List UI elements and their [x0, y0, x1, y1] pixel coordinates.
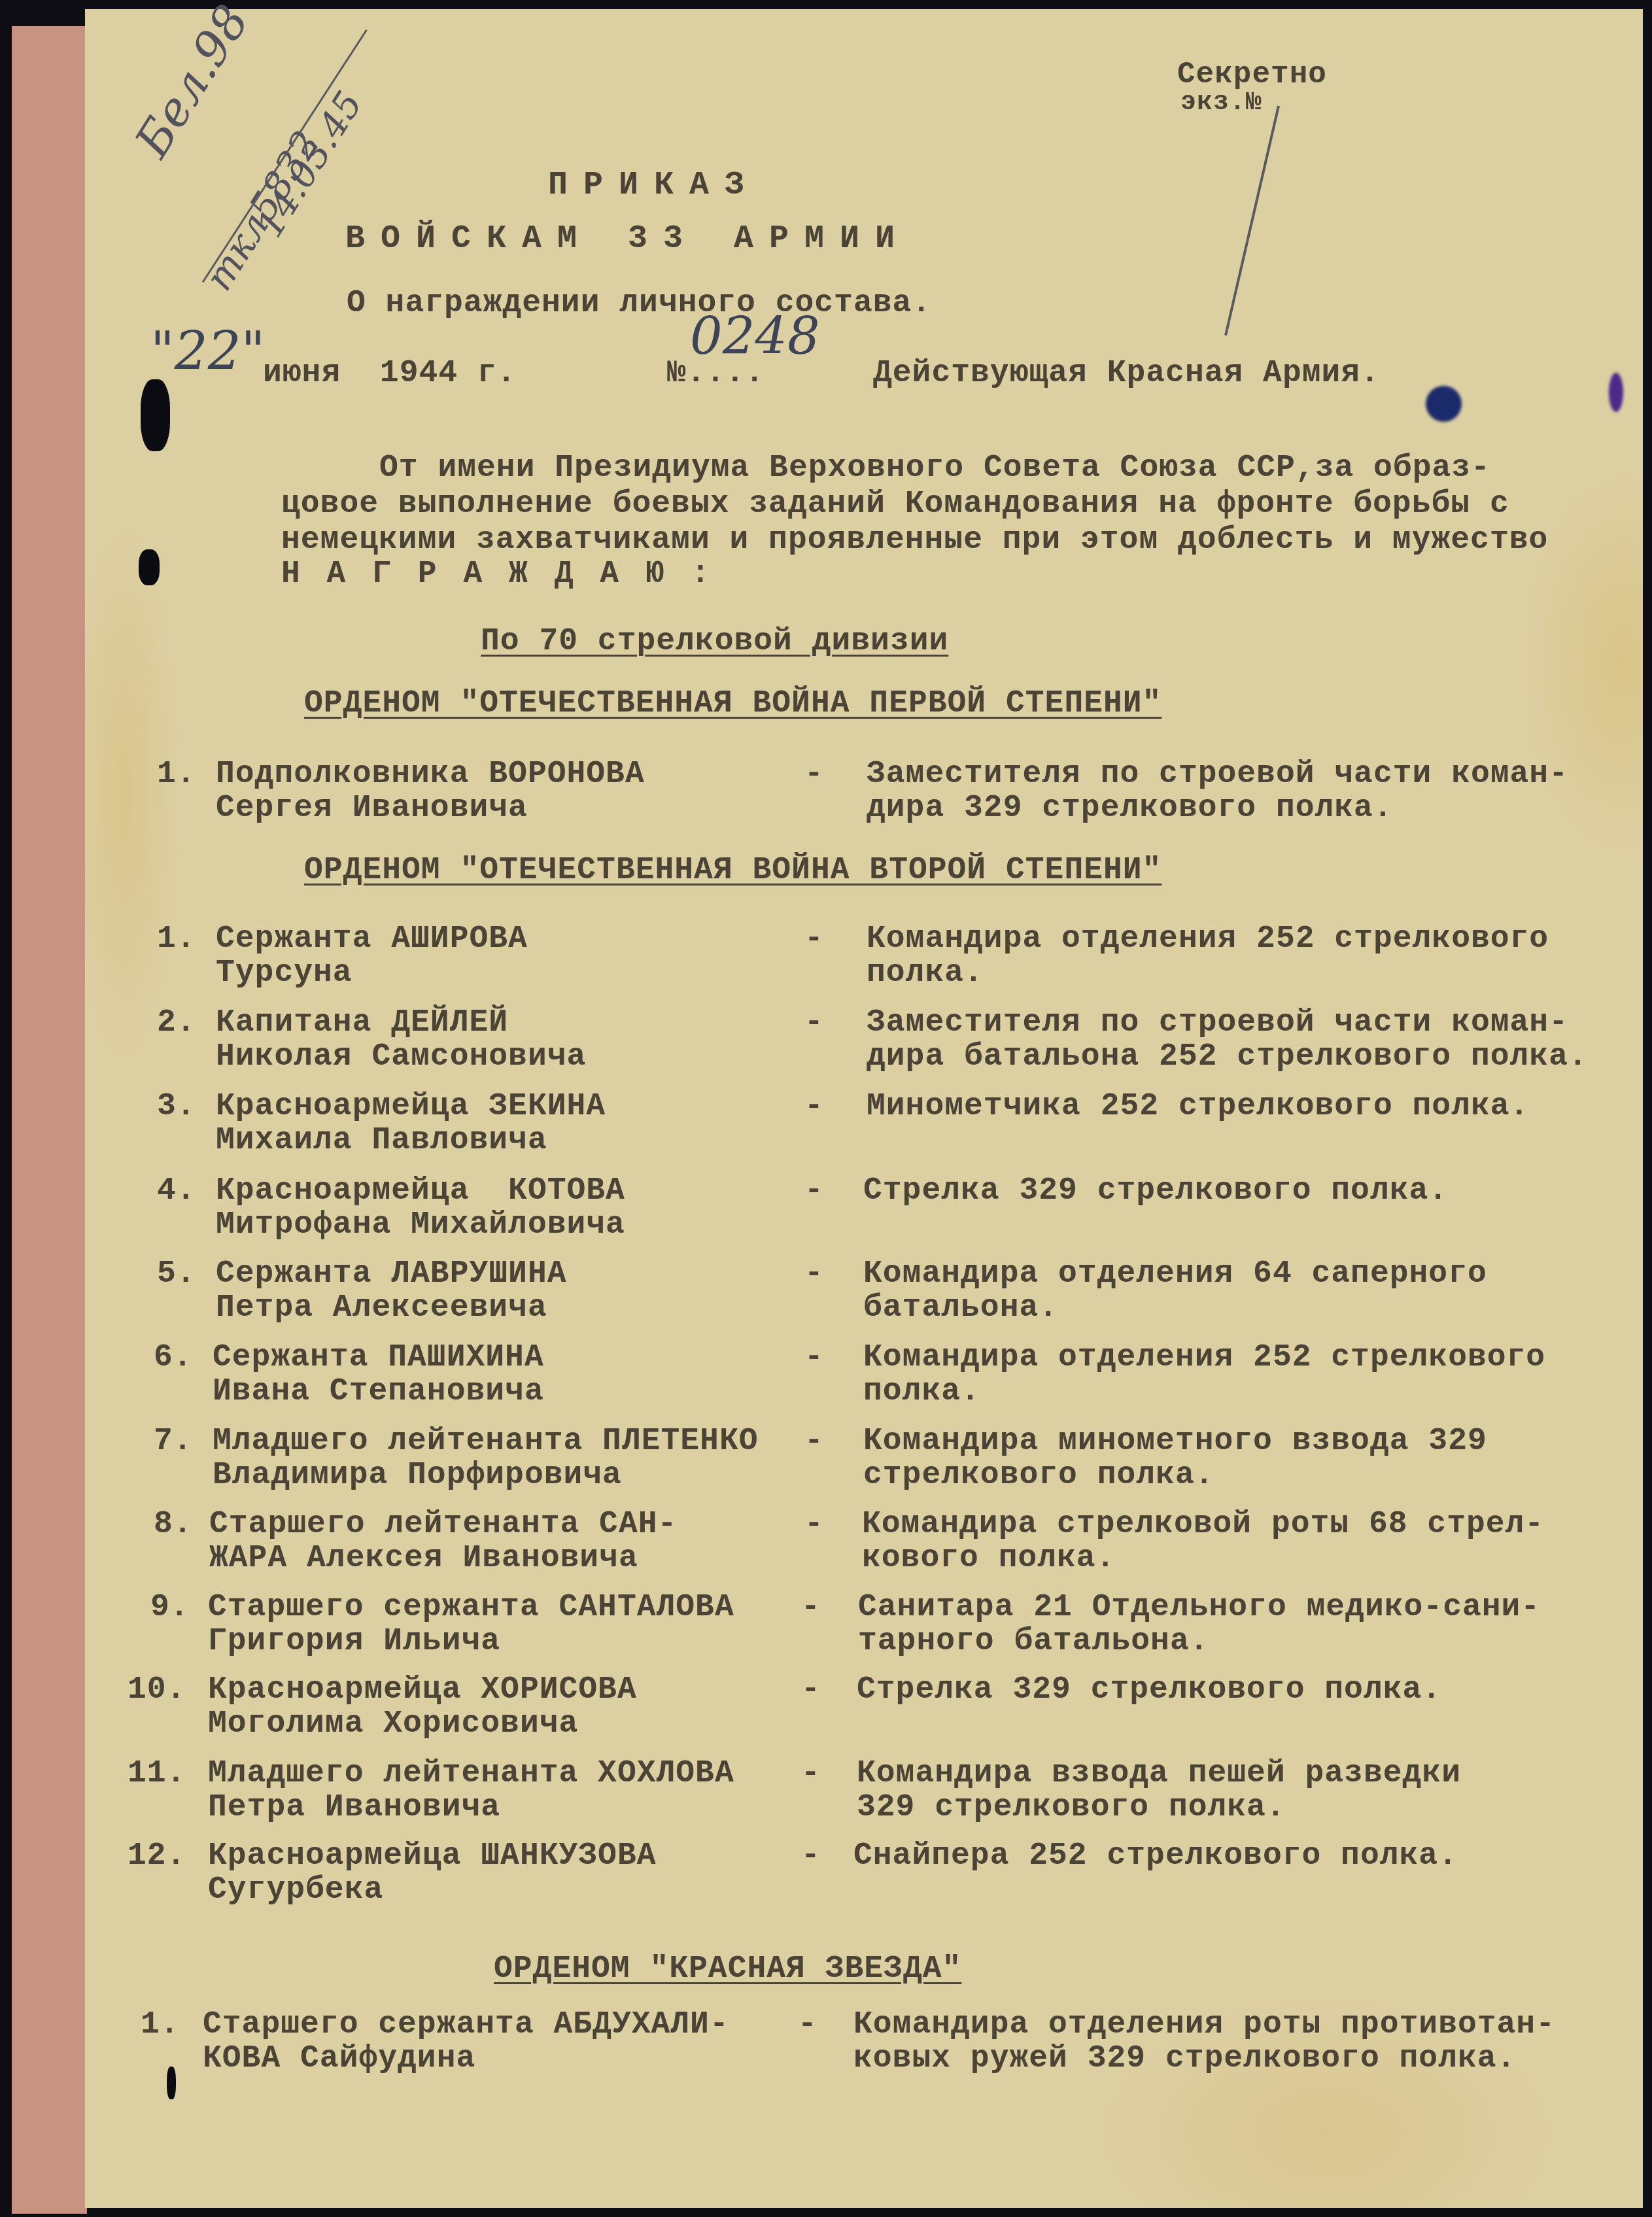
recipient-name: Сержанта ПАШИХИНА: [213, 1341, 544, 1375]
order-heading: ОРДЕНОМ "ОТЕЧЕСТВЕННАЯ ВОЙНА ПЕРВОЙ СТЕП…: [304, 687, 1162, 721]
recipient-position: Командира стрелковой роты 68 стрел-: [862, 1507, 1544, 1541]
item-number: 6.: [154, 1341, 193, 1375]
item-number: 12.: [128, 1839, 186, 1873]
dash: -: [804, 757, 824, 791]
recipient-name: Младшего лейтенанта ПЛЕТЕНКО: [213, 1424, 759, 1458]
ink-stain: [1426, 386, 1462, 422]
binding-hole: [141, 379, 170, 451]
handwritten-date-day: "22": [150, 320, 265, 381]
recipient-name: Младшего лейтенанта ХОХЛОВА: [208, 1757, 734, 1791]
recipient-name: Ивана Степановича: [213, 1375, 544, 1409]
recipient-name: Красноармейца ШАНКУЗОВА: [208, 1839, 657, 1873]
recipient-name: Петра Алексеевича: [216, 1291, 547, 1325]
item-number: 10.: [128, 1673, 186, 1707]
ink-stain: [1609, 373, 1623, 412]
recipient-name: КОВА Сайфудина: [203, 2042, 475, 2076]
binding-hole: [167, 2067, 176, 2099]
recipient-name: ЖАРА Алексея Ивановича: [209, 1541, 638, 1575]
binding-strip: [12, 26, 87, 2214]
preamble-line: немецкими захватчиками и проявленные при…: [281, 523, 1548, 557]
recipient-name: Михаила Павловича: [216, 1124, 547, 1158]
item-number: 1.: [141, 2008, 180, 2042]
recipient-name: Сержанта ЛАВРУШИНА: [216, 1257, 566, 1291]
recipient-name: Капитана ДЕЙЛЕЙ: [216, 1006, 508, 1040]
order-heading: ОРДЕНОМ "КРАСНАЯ ЗВЕЗДА": [494, 1952, 961, 1986]
recipient-position: Командира минометного взвода 329: [863, 1424, 1487, 1458]
document-subtitle: ВОЙСКАМ 33 АРМИИ: [345, 222, 910, 256]
item-number: 1.: [157, 757, 196, 791]
recipient-position: Заместителя по строевой части коман-: [867, 1006, 1568, 1040]
place-of-issue: Действующая Красная Армия.: [873, 356, 1380, 390]
dash: -: [801, 1839, 821, 1873]
recipient-position: Санитара 21 Отдельного медико-сани-: [858, 1590, 1540, 1624]
recipient-position: Стрелка 329 стрелкового полка.: [863, 1174, 1448, 1208]
recipient-position: 329 стрелкового полка.: [857, 1791, 1286, 1825]
dash: -: [804, 1006, 824, 1040]
recipient-name: Петра Ивановича: [208, 1791, 500, 1825]
dash: -: [804, 1341, 824, 1375]
recipient-name: Старшего сержанта АБДУХАЛИ-: [203, 2008, 729, 2042]
recipient-position: Заместителя по строевой части коман-: [867, 757, 1568, 791]
recipient-name: Моголима Хорисовича: [208, 1707, 578, 1741]
handwritten-order-number: 0248: [690, 307, 820, 366]
recipient-name: Митрофана Михайловича: [216, 1208, 625, 1242]
recipient-position: кового полка.: [862, 1541, 1115, 1575]
recipient-position: полка.: [867, 956, 984, 990]
copy-number: экз.№: [1180, 86, 1262, 120]
preamble-line: цовое выполнение боевых заданий Командов…: [281, 487, 1509, 521]
dash: -: [801, 1673, 821, 1707]
recipient-name: Красноармейца КОТОВА: [216, 1174, 625, 1208]
recipient-name: Николая Самсоновича: [216, 1040, 586, 1074]
preamble-line: От имени Президиума Верховного Совета Со…: [379, 451, 1490, 485]
recipient-position: дира батальона 252 стрелкового полка.: [867, 1040, 1588, 1074]
item-number: 7.: [154, 1424, 193, 1458]
recipient-position: Стрелка 329 стрелкового полка.: [857, 1673, 1441, 1707]
dash: -: [801, 1590, 821, 1624]
recipient-name: Сержанта АШИРОВА: [216, 922, 528, 956]
item-number: 8.: [154, 1507, 193, 1541]
recipient-name: Сергея Ивановича: [216, 791, 528, 825]
recipient-position: полка.: [863, 1375, 980, 1409]
item-number: 9.: [150, 1590, 190, 1624]
recipient-name: Подполковника ВОРОНОВА: [216, 757, 645, 791]
division-heading: По 70 стрелковой дивизии: [481, 625, 948, 659]
dash: -: [801, 1757, 821, 1791]
recipient-position: Минометчика 252 стрелкового полка.: [867, 1090, 1529, 1124]
recipient-name: Красноармейца ХОРИСОВА: [208, 1673, 637, 1707]
recipient-position: стрелкового полка.: [863, 1458, 1214, 1492]
dash: -: [804, 1507, 824, 1541]
item-number: 11.: [128, 1757, 186, 1791]
recipient-position: Снайпера 252 стрелкового полка.: [853, 1839, 1458, 1873]
item-number: 4.: [157, 1174, 196, 1208]
dash: -: [804, 1090, 824, 1124]
item-number: 1.: [157, 922, 196, 956]
recipient-position: батальона.: [863, 1291, 1058, 1325]
recipient-position: Командира отделения роты противотан-: [853, 2008, 1555, 2042]
item-number: 5.: [157, 1257, 196, 1291]
document-topic: О награждении личного состава.: [347, 286, 931, 320]
recipient-position: дира 329 стрелкового полка.: [867, 791, 1393, 825]
order-date: июня 1944 г.: [263, 356, 516, 390]
order-heading: ОРДЕНОМ "ОТЕЧЕСТВЕННАЯ ВОЙНА ВТОРОЙ СТЕП…: [304, 853, 1162, 887]
recipient-name: Сугурбека: [208, 1873, 383, 1907]
recipient-position: тарного батальона.: [858, 1624, 1209, 1658]
award-verb: Н А Г Р А Ж Д А Ю :: [281, 557, 714, 591]
dash: -: [804, 922, 824, 956]
recipient-name: Старшего лейтенанта САН-: [209, 1507, 677, 1541]
recipient-position: Командира отделения 252 стрелкового: [867, 922, 1549, 956]
dash: -: [804, 1257, 824, 1291]
item-number: 2.: [157, 1006, 196, 1040]
dash: -: [804, 1174, 824, 1208]
recipient-position: Командира отделения 64 саперного: [863, 1257, 1487, 1291]
item-number: 3.: [157, 1090, 196, 1124]
document-title: ПРИКАЗ: [548, 169, 760, 203]
recipient-name: Старшего сержанта САНТАЛОВА: [208, 1590, 734, 1624]
recipient-position: Командира взвода пешей разведки: [857, 1757, 1461, 1791]
recipient-name: Турсуна: [216, 956, 353, 990]
recipient-name: Григория Ильича: [208, 1624, 500, 1658]
dash: -: [804, 1424, 824, 1458]
recipient-name: Красноармейца ЗЕКИНА: [216, 1090, 606, 1124]
recipient-position: ковых ружей 329 стрелкового полка.: [853, 2042, 1516, 2076]
dash: -: [798, 2008, 817, 2042]
recipient-position: Командира отделения 252 стрелкового: [863, 1341, 1545, 1375]
binding-hole: [139, 549, 160, 585]
recipient-name: Владимира Порфировича: [213, 1458, 622, 1492]
